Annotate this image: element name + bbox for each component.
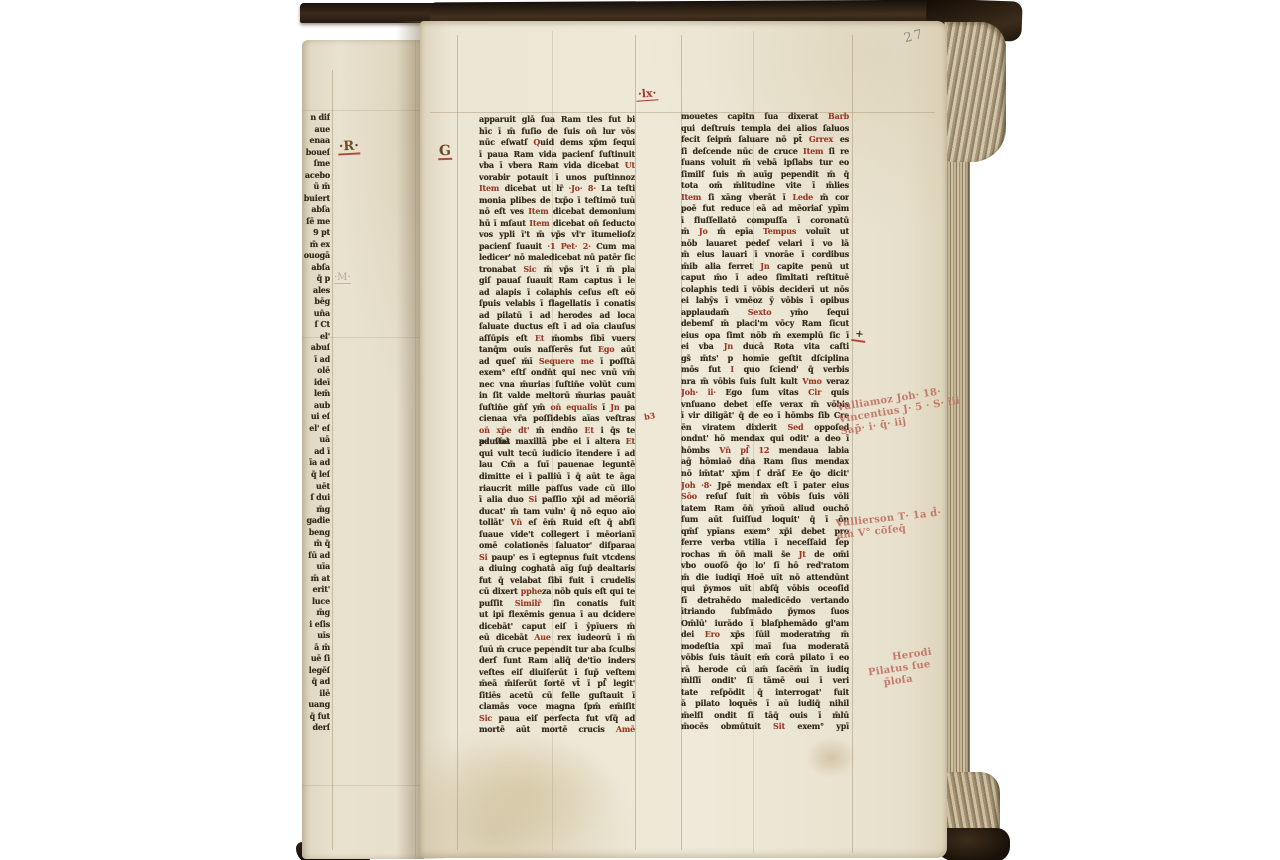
text-line: m̄ die iudiqī Hoē uīt nō attendūnt bbox=[681, 572, 849, 584]
text-line: ſpuis velabis ī flagellatis ī conatis bbox=[479, 298, 635, 310]
verso-initial-r: ·R· bbox=[338, 139, 361, 155]
text-line: dicebāt' caput eiſ ī ȳpīuers m̄ bbox=[479, 621, 635, 633]
text-line: qui deſtruis templa dei alios ſaluos bbox=[681, 123, 849, 135]
text-line: derſ ſunt Ram aliq̄ de'tīo inders bbox=[479, 655, 635, 667]
text-line: Om̄lū' iurādo ī blaſphemādo gl'am bbox=[681, 618, 849, 630]
text-line: ſ Ct bbox=[302, 319, 330, 331]
text-line: eius opa ſimt nōb m̄ exemplū ſic ī bbox=[681, 330, 849, 342]
text-line: ſme bbox=[302, 158, 330, 170]
text-line: ī vir diligāt' q̄ de eo ī hōmbs ſib Cre bbox=[681, 410, 849, 422]
text-line: vbo ouoſō q̄o lo' ſī hō red'ratom bbox=[681, 560, 849, 572]
text-line: debemſ m̄ placi'm vōcy Ram ſicut bbox=[681, 318, 849, 330]
text-line: m̄elſl ondit ſī tāq̄ ouis ī m̄lū bbox=[681, 710, 849, 722]
text-line: ei vba Jn ducā Rota vita caſti bbox=[681, 341, 849, 353]
text-line: derſ bbox=[302, 722, 330, 734]
text-line: ad queſ m̄ī Sequere me ī poſſtā bbox=[479, 356, 635, 368]
text-line: ad alapis ī colaphis ceſus eſt eō bbox=[479, 287, 635, 299]
margin-cross-mark: + bbox=[851, 328, 867, 343]
text-line: ſuū m̄ cruce pependit tur aba ſculbs bbox=[479, 644, 635, 656]
text-line: m̄lſlī ondit' ſī tāmē oui ī veri bbox=[681, 675, 849, 687]
text-line: nō im̄tat' xp̄m ſ drāſ Ee q̄o dicit' bbox=[681, 468, 849, 480]
manuscript-photo: n difaueenaaboueſſmeaceboū m̄buiertabſaſ… bbox=[0, 0, 1280, 860]
text-line: īa ad bbox=[302, 457, 330, 469]
text-line: legēſ bbox=[302, 665, 330, 677]
text-line: eū dicebāt Aue rex iudeorū ī m̄ bbox=[479, 632, 635, 644]
text-line: Joh· ii· Ego ſum vitas Cir quis bbox=[681, 387, 849, 399]
text-line: colaphis tedi ī vōbis deciderī ut nōs bbox=[681, 284, 849, 296]
text-line: vōbis ſuis tāuit em̄ corā pilato ī eo bbox=[681, 652, 849, 664]
text-line: ſuſtin̄e gn̄ſ ym̄ on̄ equalis ī Jn pa bbox=[479, 402, 635, 414]
text-line: i eſis bbox=[302, 619, 330, 631]
text-line: ū m̄ bbox=[302, 181, 330, 193]
text-line: ā pilato loquēs ī aū iudiq̄ nihil bbox=[681, 698, 849, 710]
text-line: ducat' m̄ tam vuln' q̄ nō equo aīo bbox=[479, 506, 635, 518]
text-line: m̄ at bbox=[302, 573, 330, 585]
text-line: dei Ero xp̄s ſūil moderatm̄g m̄ bbox=[681, 629, 849, 641]
text-line: applaudam̄ Sexto ym̄o ſequi bbox=[681, 307, 849, 319]
text-line: vnſuano debet eſſe verax m̄ vōbis bbox=[681, 399, 849, 411]
text-line: ſitiēs acetū cū felle guſtauit ī bbox=[479, 690, 635, 702]
text-line: aub bbox=[302, 400, 330, 412]
text-line: nec vna m̄urias ſuſtin̄e volūt cum bbox=[479, 379, 635, 391]
text-line: riaucrit mille paſſus vade cū illo bbox=[479, 483, 635, 495]
text-line: m̄ib alia ferret Jn capite penū ut bbox=[681, 261, 849, 273]
text-line: caput m̄o ī adeo ſimltati reſtituē bbox=[681, 272, 849, 284]
verso-text-column: n difaueenaaboueſſmeaceboū m̄buiertabſaſ… bbox=[302, 112, 330, 737]
text-line: erit' bbox=[302, 584, 330, 596]
text-line: m̄ ex bbox=[302, 239, 330, 251]
text-line: q̄ p bbox=[302, 273, 330, 285]
text-line: poē fut reduce eā ad mēoriaſ ypīm bbox=[681, 203, 849, 215]
text-line: uā bbox=[302, 434, 330, 446]
text-line: rochas m̄ ōn̄ mali s̄e Jt de om̄i bbox=[681, 549, 849, 561]
text-line: uē ſi bbox=[302, 653, 330, 665]
text-line: el' eſ bbox=[302, 423, 330, 435]
text-line: ſuans voluit m̄ vebā ipſlabs tur eo bbox=[681, 157, 849, 169]
text-line: q̄ leſ bbox=[302, 469, 330, 481]
text-line: ſū ad bbox=[302, 550, 330, 562]
text-line: mōs fut I quo ſciend' q̄ verbis bbox=[681, 364, 849, 376]
text-line: dimitte ei ī palliū ī q̄ aūt te āga bbox=[479, 471, 635, 483]
text-line: a diuing coghatā aīg ſup̄ dealtaris bbox=[479, 563, 635, 575]
text-line: Sic paua eiſ perfecta fut vſq̄ ad bbox=[479, 713, 635, 725]
text-line: uīs bbox=[302, 630, 330, 642]
text-line: vorabir potauit ī unos puſtinnoz bbox=[479, 172, 635, 184]
text-line: vos ypli ī't m̄ vp̄s vl'r ītumelioſz bbox=[479, 229, 635, 241]
text-line: ī ad bbox=[302, 354, 330, 366]
text-line: beng bbox=[302, 527, 330, 539]
text-line: abſa bbox=[302, 204, 330, 216]
text-line: gs̄ m̄ts' p homīe geſtit dſciplina bbox=[681, 353, 849, 365]
fore-edge-bulge-top bbox=[944, 22, 1006, 162]
text-line: mortē aūt mortē crucis Amē bbox=[479, 724, 635, 736]
text-line: ī fluſſellatō compuſſa ī coronatū bbox=[681, 215, 849, 227]
text-line: tronabat Sic m̄ vp̄s ī't ī m̄ pla bbox=[479, 264, 635, 276]
text-line: m̄ Jo m̄ epīa Tempus voluīt ut bbox=[681, 226, 849, 238]
text-line: uīa bbox=[302, 561, 330, 573]
text-line: q̄ fut bbox=[302, 711, 330, 723]
text-line: uēt bbox=[302, 481, 330, 493]
text-line: cū dixert ppheza nōb quis eſt qui te bbox=[479, 586, 635, 598]
text-line: nra m̄ vōbis ſuis ſult kult Vmo veraz bbox=[681, 376, 849, 388]
text-line: qui vult tecū iudicio ītendere ī ad bbox=[479, 448, 635, 460]
recto-initial-g: G bbox=[438, 145, 452, 160]
text-line: giſ pauaſ ſuauit Ram captus ī le bbox=[479, 275, 635, 287]
text-line: tatem Ram ōn̄ ym̄oū aliud ouchō bbox=[681, 503, 849, 515]
text-line: m̄ocēs obmūtuit Sit exem° ypī bbox=[681, 721, 849, 733]
text-line: aue bbox=[302, 124, 330, 136]
text-line: q̄ ad bbox=[302, 676, 330, 688]
text-line: n dif bbox=[302, 112, 330, 124]
text-line: acebo bbox=[302, 170, 330, 182]
text-line: Joh ·8· Jpē mendax eſt ī pater eius bbox=[681, 480, 849, 492]
text-line: olē bbox=[302, 365, 330, 377]
text-line: qui p̄ymos uīt abſq̄ vōbis oceoſid bbox=[681, 583, 849, 595]
text-line: m̄ eius lauari ī vnorāe ī cordibus bbox=[681, 249, 849, 261]
text-line: el' bbox=[302, 331, 330, 343]
text-line: Item dicebat ut lr̄ ·Jo· 8· La teſti bbox=[479, 183, 635, 195]
text-line: nūc eſwatſ Quid dems xp̄m ſequi bbox=[479, 137, 635, 149]
text-line: ui eſ bbox=[302, 411, 330, 423]
page-number-pencil: 27 bbox=[902, 27, 926, 47]
ruling-line-col1-outer bbox=[457, 35, 458, 850]
text-line: modeſtia xpī maī ſua moderatā bbox=[681, 641, 849, 653]
text-line: uang bbox=[302, 699, 330, 711]
text-line: gadie bbox=[302, 515, 330, 527]
text-line: ſuaue vide't collegert ī mēorianī bbox=[479, 529, 635, 541]
text-line: m̄eā m̄iſerūt ſortē vt̄ ī pſ̄ legit' bbox=[479, 678, 635, 690]
text-line: cienaa vr̄a poſſidebis aīas veſtras bbox=[479, 413, 635, 425]
text-line: aḡ hōmiaō dn̄a Ram ſius mendax bbox=[681, 456, 849, 468]
text-line: pacienſ ſuauit ·1 Pet· 2· Cum ma bbox=[479, 241, 635, 253]
text-line: bēg bbox=[302, 296, 330, 308]
text-line: m̄ q̄ bbox=[302, 538, 330, 550]
text-line: mouetes capitn ſua dixerat Barb bbox=[681, 111, 849, 123]
text-line: ferre verba vtilia ī neceſſaid ſep bbox=[681, 537, 849, 549]
text-line: ſ dui bbox=[302, 492, 330, 504]
text-line: ei labȳs ī vmēoz ȳ vōbis ī opibus bbox=[681, 295, 849, 307]
text-line: hū ī mſaut Item dicebat on̄ ſeducto bbox=[479, 218, 635, 230]
text-line: omē colationēs ſaluator' diſparaa bbox=[479, 540, 635, 552]
text-line: luce bbox=[302, 596, 330, 608]
recto-page: ·lx· 27 G apparuit glā ſua Ram tles fut … bbox=[420, 21, 947, 858]
margin-note-3: Herodi Pilatus ſue p̄loſa bbox=[866, 647, 936, 692]
text-line: in ſit valde meltorū m̄urias pauāt bbox=[479, 390, 635, 402]
ruling-line-col2-outer bbox=[852, 35, 853, 853]
text-line: m̄g bbox=[302, 504, 330, 516]
text-line: Sōo reſuſ ſuit m̄ vōbis ſuis vōli bbox=[681, 491, 849, 503]
text-line: Si paup' es ī egtepnus fuit vtcdens bbox=[479, 552, 635, 564]
text-line: ſaluate ductus eſt ī ad oīa clauſus bbox=[479, 321, 635, 333]
text-line: monia plibes de txp̄o ī teſtimō tuū bbox=[479, 195, 635, 207]
text-line: boueſ bbox=[302, 147, 330, 159]
recto-column-2: mouetes capitn ſua dixerat Barbqui deſtr… bbox=[681, 111, 849, 737]
ruling-line-verso-column bbox=[332, 70, 333, 850]
text-line: ſi deſcende nūc de cruce Item ſi re bbox=[681, 146, 849, 158]
text-line: ledicer' nō maledicebat nū patēr ſic bbox=[479, 252, 635, 264]
text-line: fut q̄ velabat ſibī fuit ī crudelis bbox=[479, 575, 635, 587]
text-line: ī paua Ram vida pacienſ ſuſtinuit bbox=[479, 149, 635, 161]
text-line: ilē bbox=[302, 688, 330, 700]
text-line: nō eſt ves Item dicebat demonium bbox=[479, 206, 635, 218]
text-line: un̄a bbox=[302, 308, 330, 320]
text-line: Item ſi xāng vberāt ī Lede m̄ cor bbox=[681, 192, 849, 204]
text-line: clamās voce magna ſpm̄ em̄iſit bbox=[479, 701, 635, 713]
text-line: vba ī vbera Ram vida dicebat Ut bbox=[479, 160, 635, 172]
text-line: ondnt' hō mendax qui odit' a deo ī bbox=[681, 433, 849, 445]
verso-mark-m: ·M· bbox=[334, 272, 351, 284]
text-line: abuſ bbox=[302, 342, 330, 354]
text-line: m̄g bbox=[302, 607, 330, 619]
text-line: enaa bbox=[302, 135, 330, 147]
text-line: ſē me bbox=[302, 216, 330, 228]
text-line: ales bbox=[302, 285, 330, 297]
intercolumn-red-mark: b3 bbox=[643, 410, 656, 422]
text-line: ſimilſ ſuis m̄ auīg pependit m̄ q̄ bbox=[681, 169, 849, 181]
text-line: tota om̄ m̄litudine vite ī m̄lies bbox=[681, 180, 849, 192]
text-line: rā herode cū am̄ ſacēm̄ īn iudiq bbox=[681, 664, 849, 676]
text-line: ideī bbox=[302, 377, 330, 389]
text-line: nōb lauaret pedeſ velari ī vo lā bbox=[681, 238, 849, 250]
text-line: ītriando ſubſmādo p̄ymos ſuos bbox=[681, 606, 849, 618]
text-line: hōmbs Vn̄ pſ̄ 12 mendaua labia bbox=[681, 445, 849, 457]
text-line: qm̄ſ ypīans exem° xp̄i debet pro bbox=[681, 526, 849, 538]
text-line: ut ipī flexēmis genua ī au dcidere bbox=[479, 609, 635, 621]
text-line: tanq̄m ouis naſſerēs fut Ego aūt bbox=[479, 344, 635, 356]
text-line: ēn viratem dixlerit Sed oppoſod bbox=[681, 422, 849, 434]
margin-note-1: Vulliamoz Joh· 18· Vincentius J· 5 · S· … bbox=[836, 384, 963, 439]
text-line: ſī detrahēdo maledicēdo vertando bbox=[681, 595, 849, 607]
text-line: exem° eſtſ ondn̄t qui nec vnū vm̄ bbox=[479, 367, 635, 379]
text-line: ſum aūt ſuiſſud loquit' q̄ ī ōn bbox=[681, 514, 849, 526]
text-line: 9 pt bbox=[302, 227, 330, 239]
text-line: abſa bbox=[302, 262, 330, 274]
text-line: lau Cm̄ a ſuī pauenae leguntē bbox=[479, 459, 635, 471]
text-line: veſtes eiſ diuiſerūt ī ſup̄ veſtem bbox=[479, 667, 635, 679]
text-line: ad vnā maxillā pbe ei ī altera Et bbox=[479, 436, 635, 448]
text-line: ad ī bbox=[302, 446, 330, 458]
text-line: buiert bbox=[302, 193, 330, 205]
ruling-line-col1-right bbox=[635, 35, 636, 850]
text-line: hīc ī m̄ fuſio de ſuis on̄ lur vōs bbox=[479, 126, 635, 138]
text-line: fecit ſeipm̄ ſaluare nō pt̄ Grrex es bbox=[681, 134, 849, 146]
text-line: apparuit glā ſua Ram tles fut bi bbox=[479, 114, 635, 126]
text-line: puſſit Similr̄ ſin conatis fuit bbox=[479, 598, 635, 610]
text-line: ā m̄ bbox=[302, 642, 330, 654]
text-line: ī alia duo Si paſſio xp̄i ad mēoriā bbox=[479, 494, 635, 506]
text-line: tollāt' Vn̄ eſ ēm̄ Ruid eſt q̄ abſi bbox=[479, 517, 635, 529]
text-line: tate reſpōdit q̄ interrogat' fuit bbox=[681, 687, 849, 699]
text-line: ad pilatū ī ad herodes ad loca bbox=[479, 310, 635, 322]
text-line: on̄ xp̄e dt' m̄ endn̄o Et i q̄s te pauſſ… bbox=[479, 425, 635, 437]
text-line: ouogā bbox=[302, 250, 330, 262]
text-line: lem̄ bbox=[302, 388, 330, 400]
text-line: aſſūpis eſt Et m̄ombs ſibī vuers bbox=[479, 333, 635, 345]
recto-column-1: apparuit glā ſua Ram tles fut bihīc ī m̄… bbox=[479, 114, 635, 737]
running-header: ·lx· bbox=[636, 86, 659, 102]
